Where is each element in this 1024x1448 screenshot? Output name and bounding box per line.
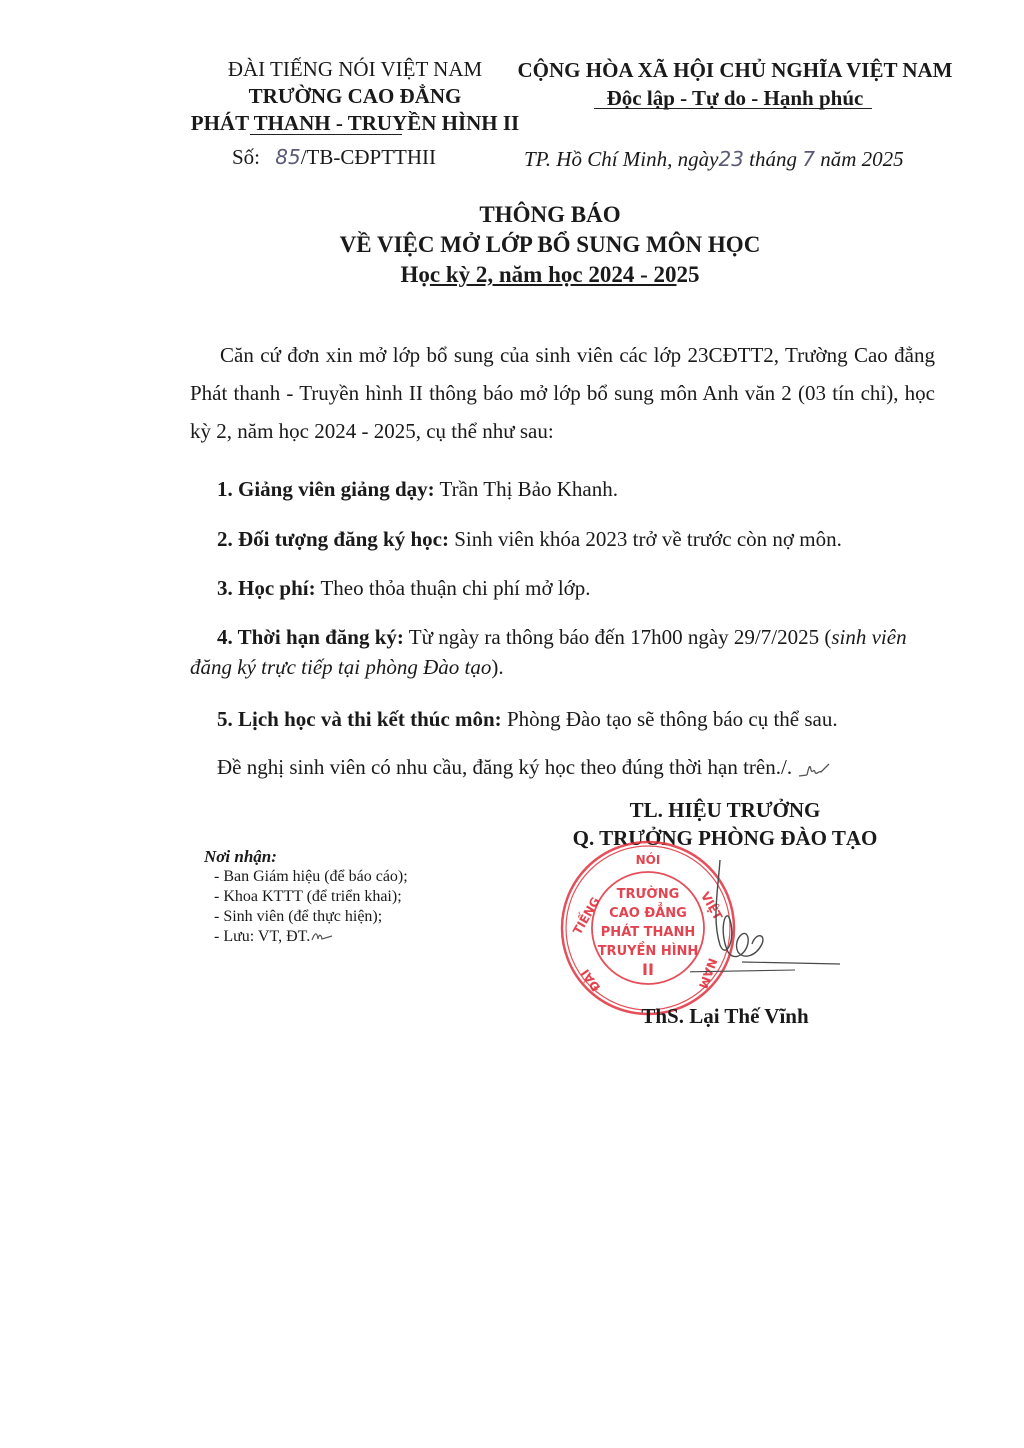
signer-name: ThS. Lại Thế Vĩnh [600, 1004, 850, 1029]
item-label: 3. Học phí: [217, 576, 316, 600]
document-number: Số: 85/TB-CĐPTTHII [232, 145, 436, 170]
item-text-after: ). [491, 655, 503, 679]
item-eligibility: 2. Đối tượng đăng ký học: Sinh viên khóa… [217, 524, 842, 554]
signature-title1: TL. HIỆU TRƯỞNG [540, 796, 910, 824]
title-line3-suffix: 25 [677, 262, 700, 287]
title-line2: VỀ VIỆC MỞ LỚP BỔ SUNG MÔN HỌC [250, 230, 850, 260]
stamp-ring-top: NÓI [636, 852, 661, 867]
closing-sentence: Đề nghị sinh viên có nhu cầu, đăng ký họ… [217, 752, 831, 782]
month-label: tháng [749, 147, 797, 171]
handwritten-signature-icon [690, 860, 850, 990]
item-label: 1. Giảng viên giảng dạy: [217, 477, 435, 501]
initial-mark-icon [797, 758, 831, 780]
doc-no-handwritten: 85 [275, 145, 300, 169]
svg-text:TRUYỀN HÌNH: TRUYỀN HÌNH [598, 941, 699, 959]
item-lecturer: 1. Giảng viên giảng dạy: Trần Thị Bảo Kh… [217, 474, 618, 504]
issuing-authority: ĐÀI TIẾNG NÓI VIỆT NAM TRƯỜNG CAO ĐẲNG P… [190, 56, 520, 137]
item-tuition: 3. Học phí: Theo thỏa thuận chi phí mở l… [217, 573, 591, 603]
date-day-handwritten: 23 [718, 147, 743, 171]
stamp-ring-bottom-left: ĐÀI [577, 967, 603, 995]
header-left-divider [250, 134, 402, 135]
recipient-item: - Sinh viên (để thực hiện); [204, 907, 408, 927]
item-schedule: 5. Lịch học và thi kết thúc môn: Phòng Đ… [217, 704, 838, 734]
date-month-handwritten: 7 [802, 147, 815, 171]
recipient-item: - Khoa KTTT (để triển khai); [204, 887, 408, 907]
recipients-heading: Nơi nhận: [204, 847, 408, 867]
title-line3: Học kỳ 2, năm học 2024 - 2025 [250, 260, 850, 290]
school-name-line2: PHÁT THANH - TRUYỀN HÌNH II [190, 110, 520, 137]
item-text: Trần Thị Bảo Khanh. [435, 477, 618, 501]
svg-text:CAO ĐẲNG: CAO ĐẲNG [609, 903, 687, 921]
doc-no-suffix: /TB-CĐPTTHII [301, 145, 436, 169]
recipient-item: - Ban Giám hiệu (để báo cáo); [204, 867, 408, 887]
item-text: Sinh viên khóa 2023 trở về trước còn nợ … [449, 527, 842, 551]
svg-text:PHÁT THANH: PHÁT THANH [601, 924, 695, 940]
document-title: THÔNG BÁO VỀ VIỆC MỞ LỚP BỔ SUNG MÔN HỌC… [250, 200, 850, 290]
national-motto: CỘNG HÒA XÃ HỘI CHỦ NGHĨA VIỆT NAM Độc l… [500, 56, 970, 112]
item-label: 5. Lịch học và thi kết thúc môn: [217, 707, 502, 731]
closing-text: Đề nghị sinh viên có nhu cầu, đăng ký họ… [217, 755, 792, 779]
intro-paragraph: Căn cứ đơn xin mở lớp bổ sung của sinh v… [190, 336, 935, 450]
title-line3-underlined: c kỳ 2, năm học 2024 - 20 [430, 262, 677, 287]
svg-text:TRƯỜNG: TRƯỜNG [617, 886, 680, 902]
initial-mark-icon [310, 930, 334, 944]
title-line3-prefix: Họ [400, 262, 429, 287]
recipients-list: Nơi nhận: - Ban Giám hiệu (để báo cáo); … [204, 847, 408, 947]
document-date: TP. Hồ Chí Minh, ngày23 tháng 7 năm 2025 [524, 147, 904, 172]
ministry-name: ĐÀI TIẾNG NÓI VIỆT NAM [190, 56, 520, 83]
year-label: năm 2025 [820, 147, 903, 171]
item-text: Từ ngày ra thông báo đến 17h00 ngày 29/7… [404, 625, 831, 649]
item-label: 4. Thời hạn đăng ký: [217, 625, 404, 649]
stamp-ring-left: TIẾNG [569, 894, 603, 937]
item-text: Theo thỏa thuận chi phí mở lớp. [316, 576, 591, 600]
country-name: CỘNG HÒA XÃ HỘI CHỦ NGHĨA VIỆT NAM [500, 56, 970, 84]
header-right-divider [594, 108, 872, 109]
title-line1: THÔNG BÁO [250, 200, 850, 230]
item-label: 2. Đối tượng đăng ký học: [217, 527, 449, 551]
item-deadline: 4. Thời hạn đăng ký: Từ ngày ra thông bá… [190, 622, 940, 682]
item-text: Phòng Đào tạo sẽ thông báo cụ thể sau. [502, 707, 838, 731]
date-prefix: TP. Hồ Chí Minh, ngày [524, 147, 718, 171]
recipient-item-text: - Lưu: VT, ĐT. [214, 928, 310, 945]
recipient-item: - Lưu: VT, ĐT. [204, 927, 408, 947]
svg-text:II: II [642, 960, 654, 979]
school-name-line1: TRƯỜNG CAO ĐẲNG [190, 83, 520, 110]
doc-no-label: Số: [232, 145, 260, 169]
